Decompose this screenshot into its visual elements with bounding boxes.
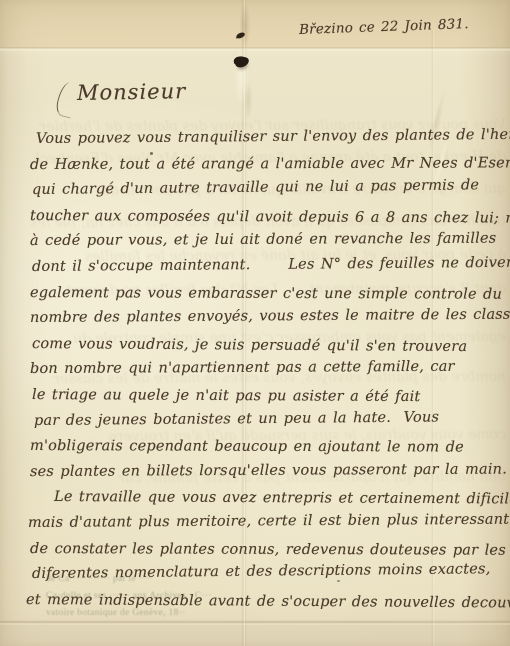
salutation-block: Monsieur xyxy=(58,80,186,120)
letter-line: par des jeunes botanistes et un peu a la… xyxy=(34,408,508,438)
letter-page: Vous pouvez vous tranquiliser sur l'envo… xyxy=(0,0,510,646)
paper-speck xyxy=(150,152,153,155)
letter-line: Vous pouvez vous tranquiliser sur l'envo… xyxy=(36,127,508,157)
letter-line: ses plantes en billets lorsqu'elles vous… xyxy=(30,461,508,489)
letter-line: qui chargé d'un autre travaille qui ne l… xyxy=(32,177,508,208)
letter-body: Vous pouvez vous tranquiliser sur l'envo… xyxy=(30,131,508,617)
flourish-stroke xyxy=(54,80,79,118)
letter-line: et meme indispensable avant de s'ocuper … xyxy=(26,592,508,621)
letter-line: mais d'autant plus meritoire, certe il e… xyxy=(28,512,508,541)
letter-line: bon nombre qui n'apartiennent pas a cett… xyxy=(30,359,508,387)
letter-line: dont il s'occupe maintenant. Les N° des … xyxy=(32,255,508,285)
ink-blot-small xyxy=(235,32,245,40)
horizontal-fold-crease-bottom xyxy=(0,620,510,625)
dateline: Březino ce 22 Join 831. xyxy=(299,16,469,38)
ink-blot-large xyxy=(234,56,250,69)
salutation: Monsieur xyxy=(77,79,187,105)
paper-speck xyxy=(337,580,340,582)
letter-line: diferentes nomenclatura et des descripti… xyxy=(32,561,508,592)
horizontal-fold-crease-top xyxy=(0,47,510,51)
letter-line: nombre des plantes envoyés, vous estes l… xyxy=(30,307,508,336)
